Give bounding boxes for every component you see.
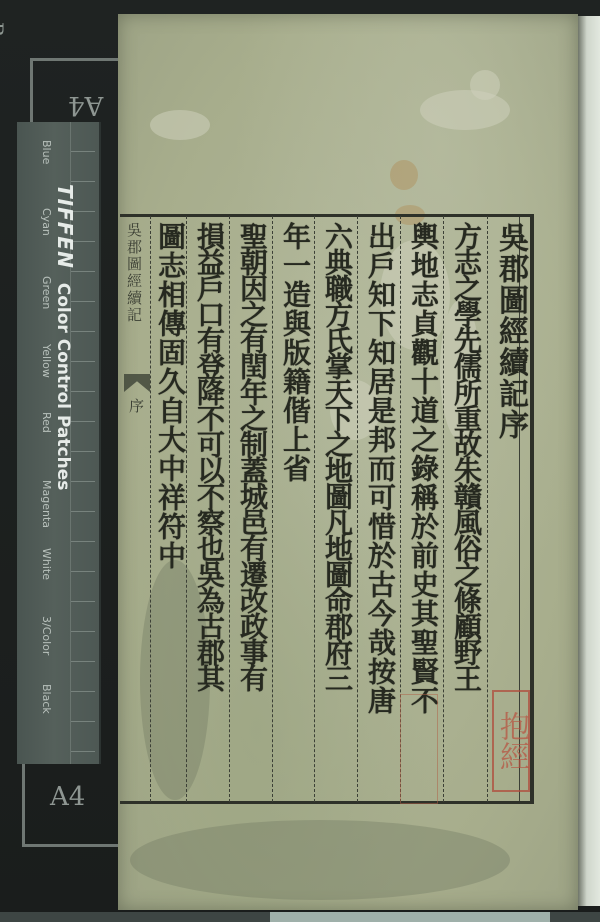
column-text: 圖志相傳固久自大中祥符中 (151, 222, 189, 570)
document-title: 吳郡圖經續記序 (490, 222, 530, 440)
paper-damage (420, 90, 510, 130)
patch-label: 3/Color (40, 616, 53, 684)
column-rule (487, 216, 488, 802)
text-column: 聖朝因之有閏年之制蓋城邑有遷改政事有 (232, 222, 272, 800)
page-stack-edge (578, 16, 600, 906)
brand-logo: TIFFEN (53, 184, 77, 269)
patch-label: Black (40, 684, 53, 752)
board-corner-label: B (0, 22, 8, 39)
strip-title: TIFFEN Color Control Patches (53, 184, 77, 490)
color-control-strip: Blue Cyan Green Yellow Red Magenta White… (17, 122, 101, 764)
margin-column: 吳郡圖經續記 (122, 222, 148, 622)
patch-label: Green (40, 276, 53, 344)
patch-label: Yellow (40, 344, 53, 412)
patch-label: Blue (40, 140, 53, 208)
patch-label: Magenta (40, 480, 53, 548)
paper-discoloration (130, 820, 510, 900)
seal-text: 抱經 (494, 711, 528, 771)
column-text: 方志之學先儒所重故朱贛風俗之條顧野王 (447, 222, 485, 690)
column-rule (443, 216, 444, 802)
patch-labels: Blue Cyan Green Yellow Red Magenta White… (40, 140, 53, 752)
water-stain (390, 160, 418, 190)
margin-section-label: 序 (126, 398, 147, 413)
column-rule (357, 216, 358, 802)
patch-label: Red (40, 412, 53, 480)
text-column: 方志之學先儒所重故朱贛風俗之條顧野王 (446, 222, 486, 800)
product-name: Color Control Patches (53, 283, 73, 491)
column-text: 六典職方氏掌天下之地圖凡地圖命郡府三 (318, 222, 356, 690)
paper-damage (470, 70, 500, 100)
column-text: 年一造與版籍偕上省 (276, 222, 314, 483)
text-column: 損益戶口有登降不可以不察也吳為古郡其 (189, 222, 229, 800)
collector-seal: 抱經 (492, 690, 530, 792)
text-column: 年一造與版籍偕上省 (275, 222, 315, 800)
text-column: 出戶知下知居是邦而可惜於古今哉按唐 (360, 222, 400, 800)
column-rule (229, 216, 230, 802)
patch-label: White (40, 548, 53, 616)
paper-damage (150, 110, 210, 140)
column-rule (272, 216, 273, 802)
column-text: 出戶知下知居是邦而可惜於古今哉按唐 (361, 222, 399, 715)
a4-label-top: A4 (68, 90, 103, 120)
faint-seal-outline (400, 694, 438, 804)
board-bottom-tab (270, 912, 550, 922)
margin-title: 吳郡圖經續記 (122, 222, 146, 324)
column-text: 損益戶口有登降不可以不察也吳為古郡其 (190, 222, 228, 690)
text-column: 圖志相傳固久自大中祥符中 (150, 222, 190, 800)
a4-label-bottom: A4 (50, 782, 85, 812)
text-column: 六典職方氏掌天下之地圖凡地圖命郡府三 (317, 222, 357, 800)
column-text: 聖朝因之有閏年之制蓋城邑有遷改政事有 (233, 222, 271, 690)
patch-label: Cyan (40, 208, 53, 276)
column-text: 輿地志貞觀十道之錄稱於前史其聖賢不 (404, 222, 442, 715)
